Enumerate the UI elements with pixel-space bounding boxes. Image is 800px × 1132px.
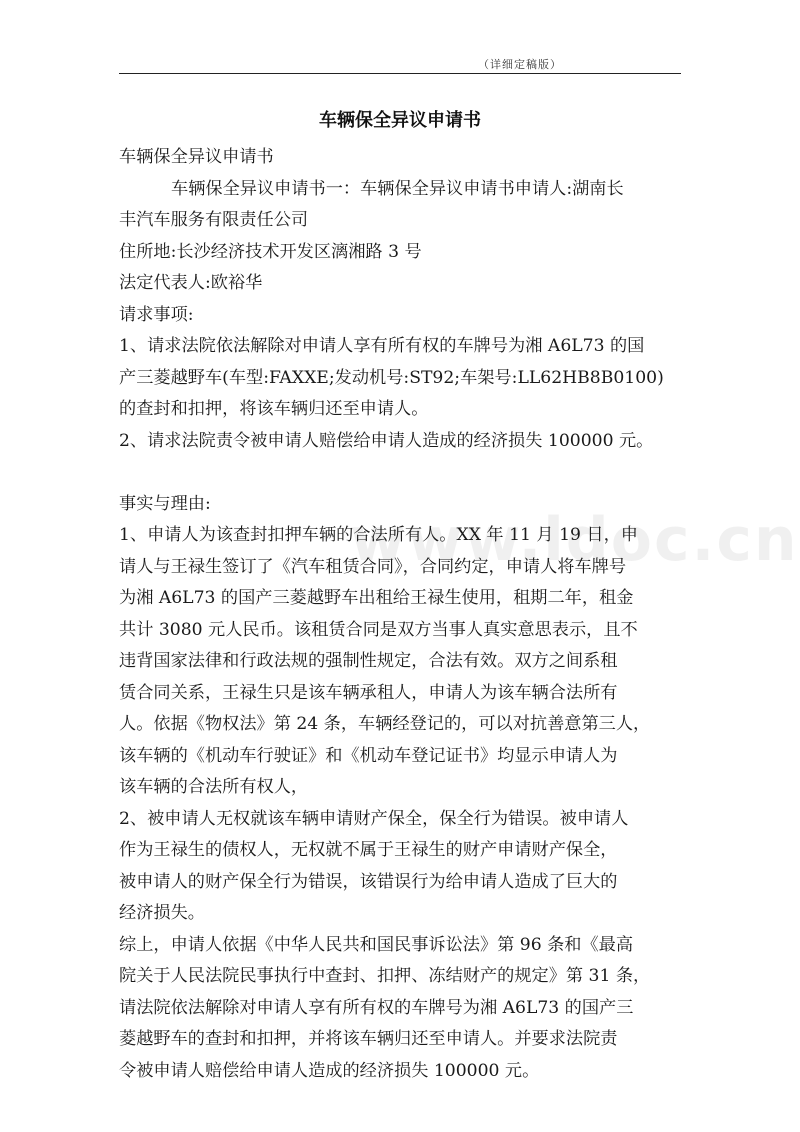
request-1-line: 的查封和扣押，将该车辆归还至申请人。 <box>119 394 699 426</box>
fact-2-line: 被申请人的财产保全行为错误，该错误行为给申请人造成了巨大的 <box>119 867 699 899</box>
conclusion-line: 请法院依法解除对申请人享有所有权的车牌号为湘 A6L73 的国产三 <box>119 993 699 1025</box>
header-note: （详细定稿版） <box>478 56 562 72</box>
document-body: 车辆保全异议申请书 车辆保全异议申请书一：车辆保全异议申请书申请人:湖南长 丰汽… <box>119 142 699 1087</box>
document-title: 车辆保全异议申请书 <box>0 106 800 132</box>
fact-1-line: 该车辆的《机动车行驶证》和《机动车登记证书》均显示申请人为 <box>119 741 699 773</box>
address-line: 住所地:长沙经济技术开发区漓湘路 3 号 <box>119 237 699 269</box>
blank-line <box>119 457 699 489</box>
applicant-line: 车辆保全异议申请书一：车辆保全异议申请书申请人:湖南长 <box>119 174 699 206</box>
legal-rep-line: 法定代表人:欧裕华 <box>119 268 699 300</box>
fact-1-line: 为湘 A6L73 的国产三菱越野车出租给王禄生使用，租期二年，租金 <box>119 583 699 615</box>
fact-1-line: 请人与王禄生签订了《汽车租赁合同》，合同约定，申请人将车牌号 <box>119 552 699 584</box>
conclusion-line: 菱越野车的查封和扣押，并将该车辆归还至申请人。并要求法院责 <box>119 1024 699 1056</box>
fact-1-line: 违背国家法律和行政法规的强制性规定，合法有效。双方之间系租 <box>119 646 699 678</box>
fact-1-line: 1、申请人为该查封扣押车辆的合法所有人。XX 年 11 月 19 日，申 <box>119 520 699 552</box>
fact-1-line: 该车辆的合法所有权人， <box>119 772 699 804</box>
requests-heading: 请求事项: <box>119 300 699 332</box>
applicant-line-cont: 丰汽车服务有限责任公司 <box>119 205 699 237</box>
conclusion-line: 综上，申请人依据《中华人民共和国民事诉讼法》第 96 条和《最高 <box>119 930 699 962</box>
fact-2-line: 作为王禄生的债权人，无权就不属于王禄生的财产申请财产保全， <box>119 835 699 867</box>
header-divider <box>119 73 681 74</box>
fact-2-line: 经济损失。 <box>119 898 699 930</box>
request-1-line: 1、请求法院依法解除对申请人享有所有权的车牌号为湘 A6L73 的国 <box>119 331 699 363</box>
request-2-line: 2、请求法院责令被申请人赔偿给申请人造成的经济损失 100000 元。 <box>119 426 699 458</box>
request-1-line: 产三菱越野车(车型:FAXXE;发动机号:ST92;车架号:LL62HB8B01… <box>119 363 699 395</box>
fact-1-line: 人。依据《物权法》第 24 条，车辆经登记的，可以对抗善意第三人， <box>119 709 699 741</box>
conclusion-line: 令被申请人赔偿给申请人造成的经济损失 100000 元。 <box>119 1056 699 1088</box>
fact-1-line: 共计 3080 元人民币。该租赁合同是双方当事人真实意思表示，且不 <box>119 615 699 647</box>
facts-heading: 事实与理由: <box>119 489 699 521</box>
conclusion-line: 院关于人民法院民事执行中查封、扣押、冻结财产的规定》第 31 条， <box>119 961 699 993</box>
fact-1-line: 赁合同关系，王禄生只是该车辆承租人，申请人为该车辆合法所有 <box>119 678 699 710</box>
subtitle-line: 车辆保全异议申请书 <box>119 142 699 174</box>
fact-2-line: 2、被申请人无权就该车辆申请财产保全，保全行为错误。被申请人 <box>119 804 699 836</box>
